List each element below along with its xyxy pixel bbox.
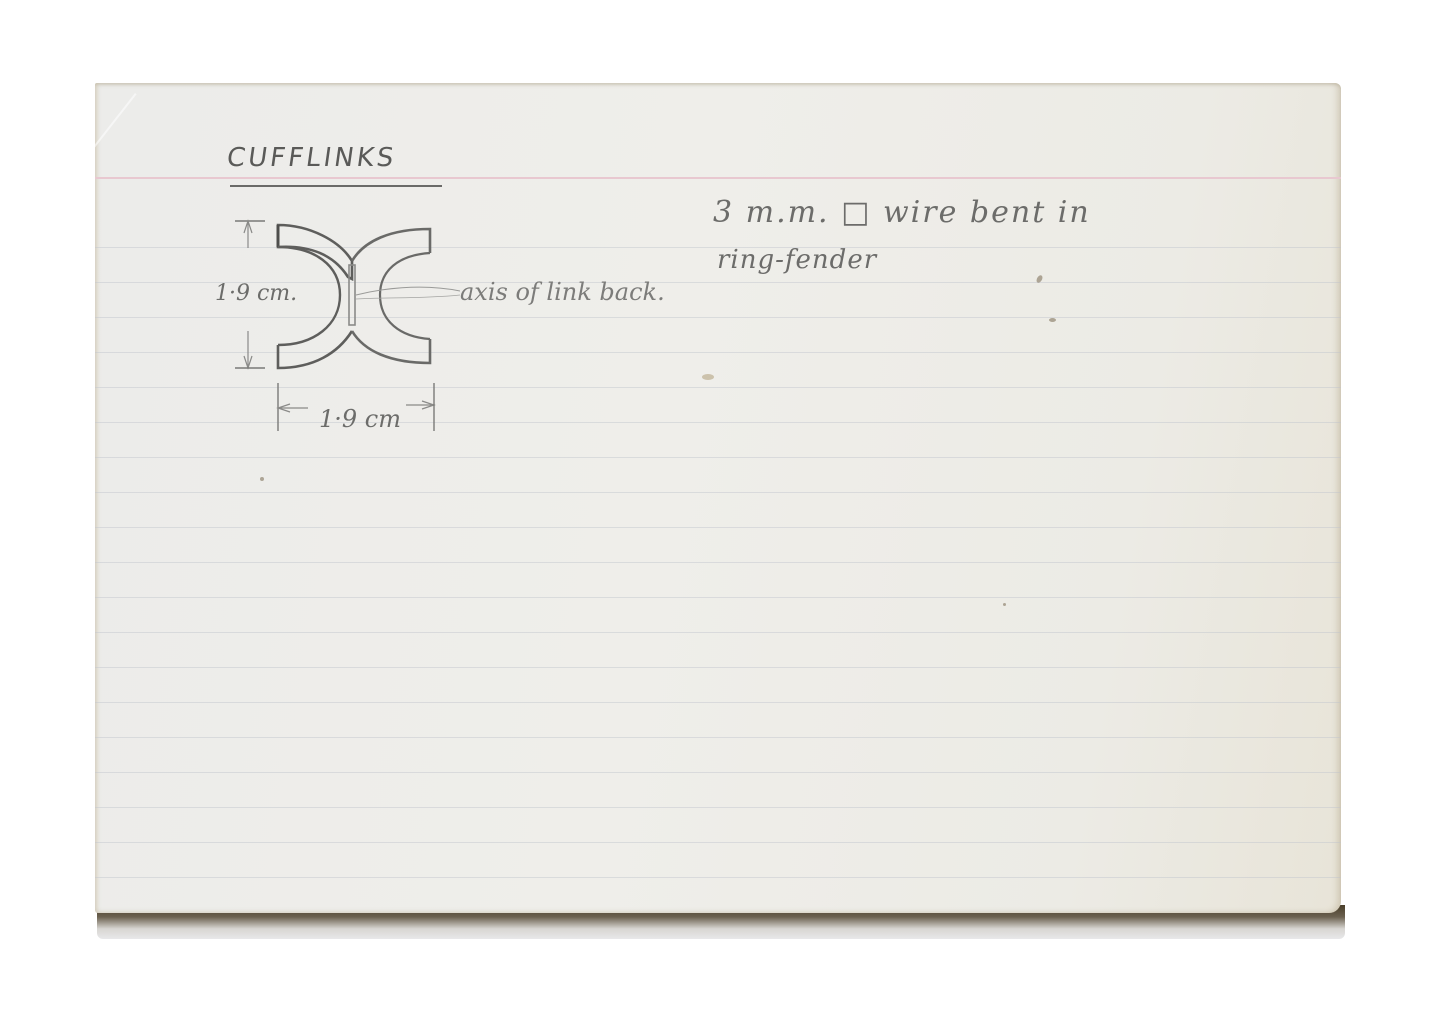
ruled-line [95,807,1341,808]
index-card: CUFFLINKS [95,83,1341,913]
ruled-line [95,457,1341,458]
ruled-line [95,877,1341,878]
note-line-1: 3 m.m. □ wire bent in [713,195,1091,230]
ruled-line [95,527,1341,528]
paper-stain [1003,603,1006,606]
paper-stain [1049,318,1056,322]
ruled-line [95,632,1341,633]
paper-crease [95,93,137,346]
ruled-line [95,562,1341,563]
ruled-line [95,597,1341,598]
paper-stain [702,374,714,380]
ruled-line [95,702,1341,703]
paper-stain [260,477,264,481]
card-title: CUFFLINKS [225,143,398,173]
page: CUFFLINKS [0,0,1445,1023]
title-underline [230,185,442,187]
ruled-line [95,492,1341,493]
axis-annotation: axis of link back. [460,278,665,306]
ruled-line [95,772,1341,773]
ruled-line [95,667,1341,668]
ruled-line [95,842,1341,843]
note-line-2: ring-fender [717,245,877,275]
ruled-line [95,737,1341,738]
width-dimension-label: 1·9 cm [319,405,401,433]
height-dimension-label: 1·9 cm. [215,281,297,306]
header-rule [95,177,1341,179]
